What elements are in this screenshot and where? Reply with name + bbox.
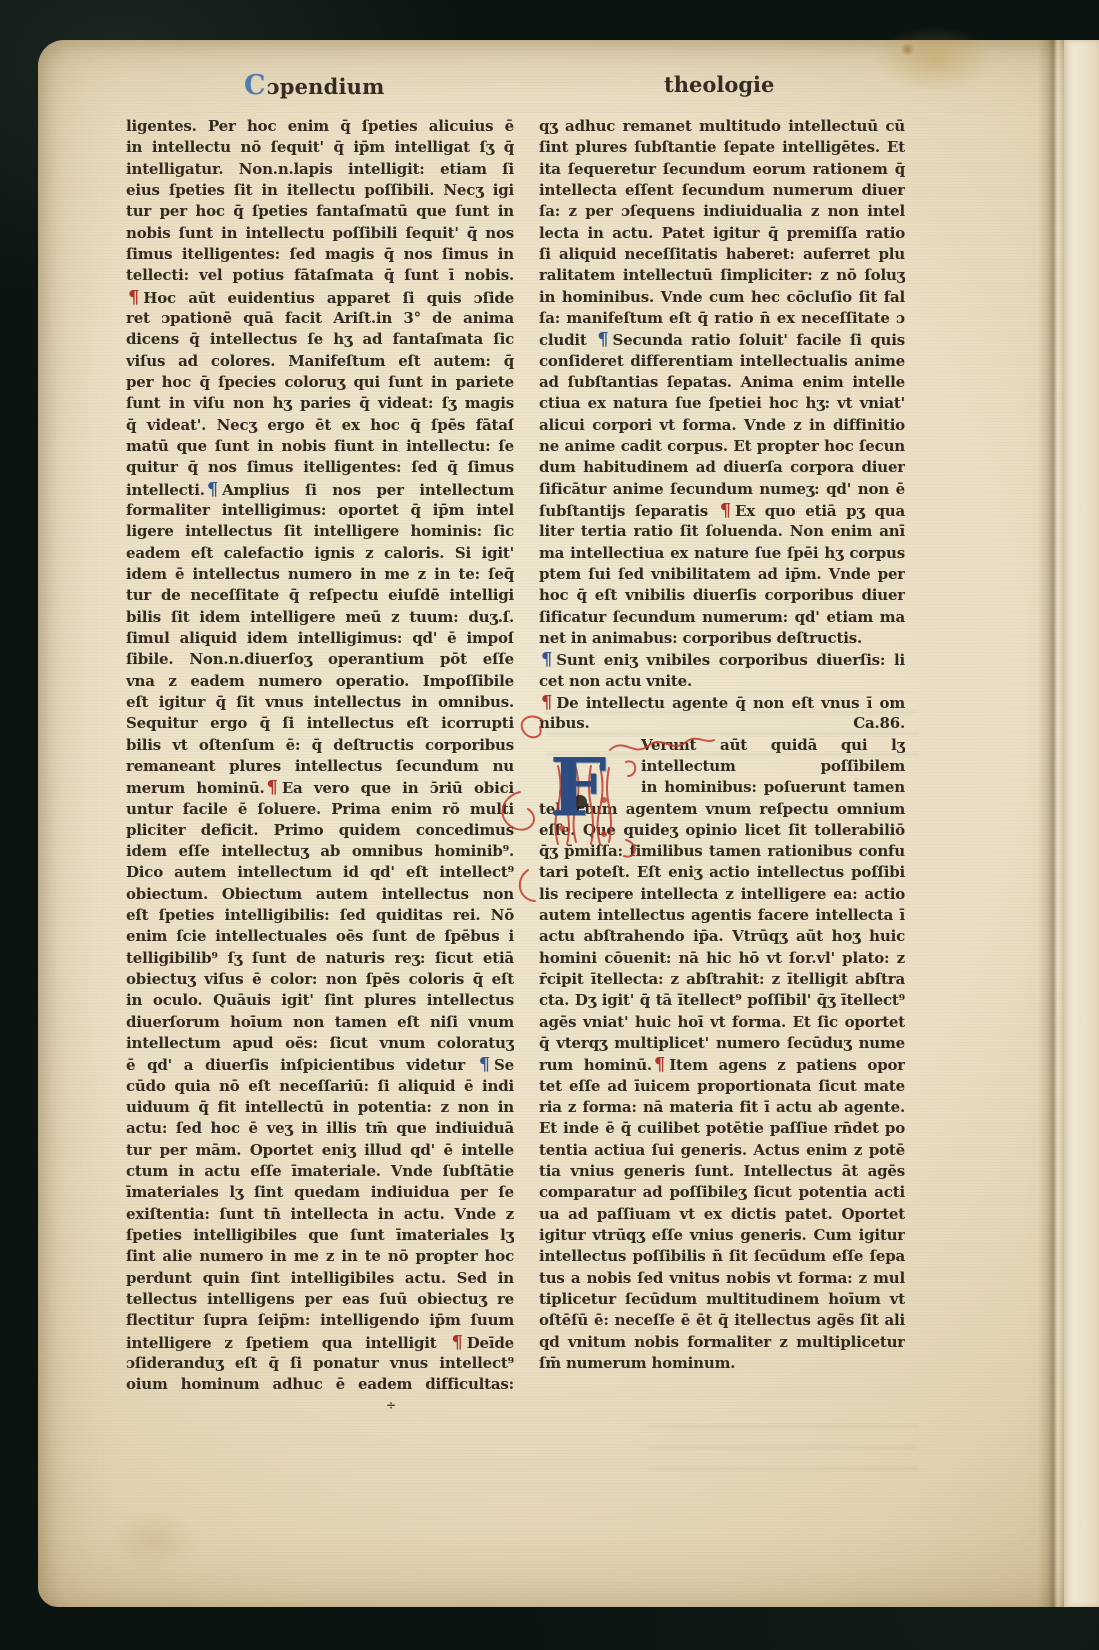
text-line: alicui corpori vt forma. Vnde z in diffi… (539, 415, 905, 436)
text-line: ptem ſui ſed vnibilitatem ad ip̄m. Vnde … (539, 564, 905, 585)
text-line: eadem eſt calefactio ignis z caloris. Si… (126, 543, 514, 564)
text-line: Dico autem intellectum id qd' eſt intell… (126, 862, 514, 883)
text-line: q̄ videat'. Necʒ ergo ēt ex hoc q̄ ſpēs … (126, 415, 514, 436)
text-line: ctiua ex natura ſue ſpetiei hoc hʒ: vt v… (539, 393, 905, 414)
text-line: ē qd' a diuerſis inſpicientibus videtur … (126, 1054, 514, 1075)
text-line: r̄cipit ītellecta: z abſtrahit: z ītelli… (539, 969, 905, 990)
text-line: obiectuʒ viſus ē color: non ſpēs coloris… (126, 969, 514, 990)
pilcrow-mark: ¶ (126, 287, 143, 308)
text-line: tiplicetur ſecūdum multitudinem hoīum vt (539, 1289, 905, 1310)
text-line: lis recipere intellecta z intelligere ea… (539, 884, 905, 905)
text-line: per hoc q̄ ſpecies coloruʒ qui ſunt in p… (126, 372, 514, 393)
text-line: in intellectu nō ſequit' q̄ ip̄m intelli… (126, 137, 514, 158)
text-line: cūdo quia nō eſt neceſſariū: ſi aliquid … (126, 1076, 514, 1097)
text-line: Sequitur ergo q̄ ſi intellectus eſt icor… (126, 713, 514, 734)
text-line: q̄ vterqʒ multiplicet' numero ſecūduʒ nu… (539, 1033, 905, 1054)
text-line: liter tertia ratio ſit ſoluenda. Non eni… (539, 521, 905, 542)
text-line: eſt ſpeties intelligibilis: ſed quiditas… (126, 905, 514, 926)
text-line: diuerſorum hoīum non tamen eſt niſi vnum (126, 1012, 514, 1033)
text-line: ſint alie numero in me z in te nō propte… (126, 1246, 514, 1267)
text-line: ria z forma: nā materia fit ī actu ab ag… (539, 1097, 905, 1118)
text-line: ſimus itelligentes: ſed magis q̄ nos ſim… (126, 244, 514, 265)
text-line: ua ad paſſiuam vt ex dictis patet. Oport… (539, 1204, 905, 1225)
text-line: in oculo. Quāuis igit' ſint plures intel… (126, 990, 514, 1011)
text-line: ſunt in viſu non hʒ paries q̄ videat: ſʒ… (126, 393, 514, 414)
text-line: vna z eadem numero operatio. Impoſſibile (126, 671, 514, 692)
column-left: ligentes. Per hoc enim q̄ ſpeties alicui… (126, 116, 514, 1396)
text-line: tari poteſt. Eſt eniʒ actio intellectus … (539, 862, 905, 883)
illuminated-header-initial: C (244, 70, 266, 101)
text-line: nobis ſunt in intellectu poſſibili ſequi… (126, 223, 514, 244)
text-line: ¶Sunt eniʒ vnibiles corporibus diuerſis:… (539, 649, 905, 670)
text-line: rum hominū.¶Item agens z patiens opor (539, 1054, 905, 1075)
book-page: Cɔpendium theologie ligentes. Per hoc en… (38, 40, 1099, 1607)
text-line: exiſtentia: ſunt tn̄ intellecta in actu.… (126, 1204, 514, 1225)
text-line: bilis ſit idem intelligere meū z tuum: d… (126, 607, 514, 628)
text-line: intelligere z ſpetiem qua intelligit ¶De… (126, 1332, 514, 1353)
text-line: qd vnitum nobis formaliter z multiplicet… (539, 1332, 905, 1353)
text-line: tur per hoc q̄ ſpeties fantaſmatū que ſu… (126, 201, 514, 222)
text-line: tentia actiua ſui generis. Actus enim z … (539, 1140, 905, 1161)
text-line: eſt igitur q̄ ſit vnus intellectus in om… (126, 692, 514, 713)
show-through-ghost (648, 1418, 918, 1470)
text-line: ſificatur ſecundum numerum: qd' etiam ma (539, 607, 905, 628)
text-line: bilis vt oſtenſum ē: q̄ deſtructis corpo… (126, 735, 514, 756)
paper-stain (874, 26, 994, 92)
text-line: agēs vniat' huic hoī vt forma. Et ſic op… (539, 1012, 905, 1033)
text-line: tia vnius generis ſunt. Intellectus āt a… (539, 1161, 905, 1182)
text-line: actu: ſed hoc ē veʒ in illis tm̄ que ind… (126, 1118, 514, 1139)
text-line: perdunt quin ſint intelligibiles actu. S… (126, 1268, 514, 1289)
text-line: conſideret differentiam intellectualis a… (539, 351, 905, 372)
text-line: q̄ʒ p̄miſſa: ſimilibus tamen rationibus … (539, 841, 905, 862)
text-line: ligere intellectus ſit intelligere homin… (126, 521, 514, 542)
text-line: ne anime cadit corpus. Et propter hoc ſe… (539, 436, 905, 457)
paper-stain (108, 1510, 198, 1570)
text-line: tet eſſe ad īuicem proportionata ſicut m… (539, 1076, 905, 1097)
text-line: ralitatem intellectuū ſimpliciter: z nō … (539, 265, 905, 286)
text-line: tellectus intelligens per eas ſuū obiect… (126, 1289, 514, 1310)
pilcrow-mark: ¶ (652, 1054, 669, 1075)
text-line: comparatur ad poſſibileʒ ſicut potentia … (539, 1182, 905, 1203)
text-line: cet non actu vnite. (539, 671, 905, 692)
text-line: ¶Hoc aūt euidentius apparet ſi quis ɔſid… (126, 287, 514, 308)
text-line: ma intellectiua ex nature ſue ſpēi hʒ co… (539, 543, 905, 564)
text-line: untur facile ē ſoluere. Prima enim rō mu… (126, 799, 514, 820)
text-line: intellecti.¶Amplius ſi nos per intellect… (126, 479, 514, 500)
pilcrow-mark: ¶ (595, 329, 612, 350)
text-line: uiduum q̄ fit intellectū in potentia: z … (126, 1097, 514, 1118)
text-line: qʒ adhuc remanet multitudo intellectuū c… (539, 116, 905, 137)
pilcrow-mark: ¶ (265, 777, 282, 798)
text-line: net in animabus: corporibus deſtructis. (539, 628, 905, 649)
text-line: ad ſubſtantias ſepatas. Anima enim intel… (539, 372, 905, 393)
text-line: pliciter deficit. Primo quidem concedimu… (126, 820, 514, 841)
text-line: autem intellectus agentis facere intelle… (539, 905, 905, 926)
text-line: ligentes. Per hoc enim q̄ ſpeties alicui… (126, 116, 514, 137)
text-line: ſa: manifeſtum eſt q̄ ratio n̄ ex neceſſ… (539, 308, 905, 329)
text-line: idem ē intellectus numero in me z in te:… (126, 564, 514, 585)
text-line: īmateriales lʒ ſint quedam indiuidua per… (126, 1182, 514, 1203)
text-line: matū que ſunt in nobis fiunt in intellec… (126, 436, 514, 457)
text-line: remaneant plures intellectus ſecundum nu (126, 756, 514, 777)
text-line: ctum in actu eſſe īmateriale. Vnde ſubſt… (126, 1161, 514, 1182)
text-line: in hominibus. Vnde cum hec cōcluſio ſit … (539, 287, 905, 308)
text-line: igitur vtrūqʒ eſſe vnius generis. Cum ig… (539, 1225, 905, 1246)
pilcrow-mark: ¶ (718, 500, 735, 521)
text-line: ſificātur anime ſecundum numeʒ: qd' non … (539, 479, 905, 500)
running-header-right: theologie (664, 72, 774, 97)
running-header-left-text: ɔpendium (267, 74, 385, 99)
text-line: homini cōuenit: nā hic hō vt ſor.vl' pla… (539, 948, 905, 969)
text-line: oium hominum adhuc ē eadem difficultas: (126, 1374, 514, 1395)
text-line: intellectum apud oēs: ſicut vnum colorat… (126, 1033, 514, 1054)
pilcrow-mark: ¶ (539, 649, 556, 670)
text-line: actu abſtrahendo ip̄a. Vtrūqʒ aūt hoʒ hu… (539, 926, 905, 947)
text-line: flectitur ſupra ſeip̄m: intelligendo ip̄… (126, 1310, 514, 1331)
drop-cap-initial: F (532, 752, 624, 826)
text-line: ſpeties intelligibiles que ſunt īmateria… (126, 1225, 514, 1246)
text-line: obiectum. Obiectum autem intellectus non (126, 884, 514, 905)
text-line: tur per mām. Oportet eniʒ illud qd' ē in… (126, 1140, 514, 1161)
text-line: dum habitudinem ad diuerſa corpora diuer (539, 457, 905, 478)
text-line: ita ſequeretur ſecundum eorum rationem q… (539, 159, 905, 180)
text-line: ɔſideranduʒ eſt q̄ ſi ponatur vnus intel… (126, 1353, 514, 1374)
text-line: oſtēſū ē: neceſſe ē ēt q̄ itellectus agē… (539, 1310, 905, 1331)
text-line: ſi aliquid neceſſitatis haberet: auferre… (539, 244, 905, 265)
text-line: ret ɔpationē quā facit Ariſt.in 3° de an… (126, 308, 514, 329)
text-line: tus a nobis ſed vnitus nobis vt forma: z… (539, 1268, 905, 1289)
pilcrow-mark: ¶ (477, 1054, 494, 1075)
text-line: intelligatur. Non.n.lapis intelligit: et… (126, 159, 514, 180)
text-line: tur de neceſſitate q̄ reſpectu eiuſdē in… (126, 585, 514, 606)
text-line: ſm̄ numerum hominum. (539, 1353, 905, 1374)
adjacent-leaf-edge (1064, 40, 1099, 1607)
text-line: intellectus poſſibilis n̄ ſit ſecūdum eſ… (539, 1246, 905, 1267)
text-line: idem eſſe intellectuʒ ab omnibus hominib… (126, 841, 514, 862)
text-line: merum hominū.¶Ea vero que in ɔ̄riū obici (126, 777, 514, 798)
footer-ink-mark: ÷ (386, 1398, 396, 1412)
text-line: eius ſpeties ſit in itellectu poſſibili.… (126, 180, 514, 201)
text-line: quitur q̄ nos ſimus itelligentes: ſed q̄… (126, 457, 514, 478)
text-line: ſimul aliquid idem intelligimus: qd' ē i… (126, 628, 514, 649)
text-line: lecta in actu. Patet igitur q̄ premiſſa … (539, 223, 905, 244)
text-line: enim ſcie intellectuales oēs ſunt de ſpē… (126, 926, 514, 947)
running-header-left: Cɔpendium (244, 70, 385, 101)
text-line: ſa: z per ɔſequens indiuidualia z non in… (539, 201, 905, 222)
photographed-book-page: { "page_header": { "left_initial": "C", … (0, 0, 1099, 1650)
text-line: telligibilib⁹ ſʒ ſunt de naturis reʒ: ſi… (126, 948, 514, 969)
text-line: ſubſtantijs ſeparatis ¶Ex quo etiā pʒ qu… (539, 500, 905, 521)
pilcrow-mark: ¶ (449, 1332, 466, 1353)
page-fold-crease (1038, 40, 1064, 1607)
text-line: dicens q̄ intellectus ſe hʒ ad fantaſmat… (126, 329, 514, 350)
text-line: Et inde ē q̄ cuilibet potētie paſſiue rn… (539, 1118, 905, 1139)
text-line: formaliter intelligimus: oportet q̄ ip̄m… (126, 500, 514, 521)
text-line: ſint plures ſubſtantie ſepate intelligēt… (539, 137, 905, 158)
text-line: ſibile. Non.n.diuerſoʒ operantium pōt eſ… (126, 649, 514, 670)
pilcrow-mark: ¶ (205, 479, 222, 500)
text-line: cta. Dʒ igit' q̄ tā ītellect⁹ poſſibil' … (539, 990, 905, 1011)
text-line: cludit ¶Secunda ratio ſoluit' facile ſi … (539, 329, 905, 350)
paper-stain (900, 44, 915, 55)
text-line: tellecti: vel potius fātaſmata q̄ ſunt ī… (126, 265, 514, 286)
text-line: viſus ad colores. Manifeſtum eſt autem: … (126, 351, 514, 372)
show-through-ghost (546, 692, 918, 756)
text-line: intellecta eſſent ſecundum numerum diuer (539, 180, 905, 201)
text-line: hoc q̄ eſt vnibilis diuerſis corporibus … (539, 585, 905, 606)
